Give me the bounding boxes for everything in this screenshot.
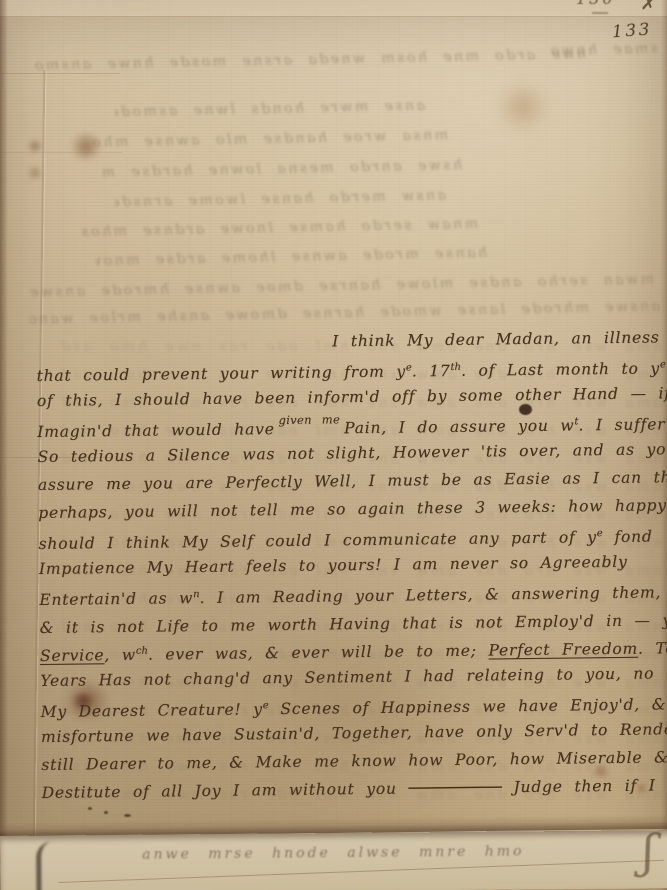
- stain: [494, 84, 552, 130]
- pen-stroke: ʃ: [642, 824, 655, 878]
- top-fold-band: [0, 0, 667, 17]
- bleedthrough-line: answ merdo hanse lwome arnsde mhoe: [114, 188, 446, 211]
- horizontal-crease: [0, 152, 122, 153]
- ink-speck: [124, 814, 131, 817]
- next-page-edge: anwe mrse hnode alwse mnre hmo ʃ: [0, 830, 667, 890]
- corner-pen-mark: ✗: [640, 0, 658, 16]
- bleedthrough-line: nwe ardo mne hosm wneda arsne mosde hnwe…: [26, 46, 586, 74]
- manuscript-page: 130 ✗ 133 nwe ardo mne hosm wneda arsne …: [0, 0, 667, 890]
- bleedthrough-line: hanse mrode awnse lhome ardse mnowe has: [95, 245, 487, 269]
- left-page-edge: [0, 0, 8, 890]
- stain: [26, 139, 44, 153]
- pen-dash: [592, 12, 608, 14]
- bleedthrough-line: anse mwre honds lwne asmode hirse: [115, 98, 425, 120]
- next-page-writing: anwe mrse hnode alwse mnre hmo: [142, 843, 582, 863]
- bleedthrough-line: mwan serho andse mlowe hanrse dmoe awnse…: [26, 271, 654, 300]
- bleedthrough-line: answe mhrode lanse wmode harnse dmowe an…: [30, 298, 660, 327]
- folio-number: 133: [611, 20, 652, 43]
- letter-body: I think My dear Madan, an illnessthat co…: [36, 323, 667, 807]
- stain: [27, 165, 43, 181]
- bleedthrough-line: hswe anrdo mesna lowne hardse mnoe awse: [100, 157, 462, 181]
- bleedthrough-line: mnsa wroe handse mlo awnse mhode ranse: [92, 127, 448, 150]
- page-corner-shadow: [36, 841, 59, 890]
- bleedthrough-line: smae hnwo ar: [538, 41, 658, 60]
- under-sheet-edge: [59, 860, 665, 883]
- previous-folio-number: 130: [576, 0, 636, 9]
- bleedthrough-line: mnaw serdo hamse lnowe ardnse mhose anw: [82, 216, 478, 240]
- ink-speck: [104, 811, 108, 814]
